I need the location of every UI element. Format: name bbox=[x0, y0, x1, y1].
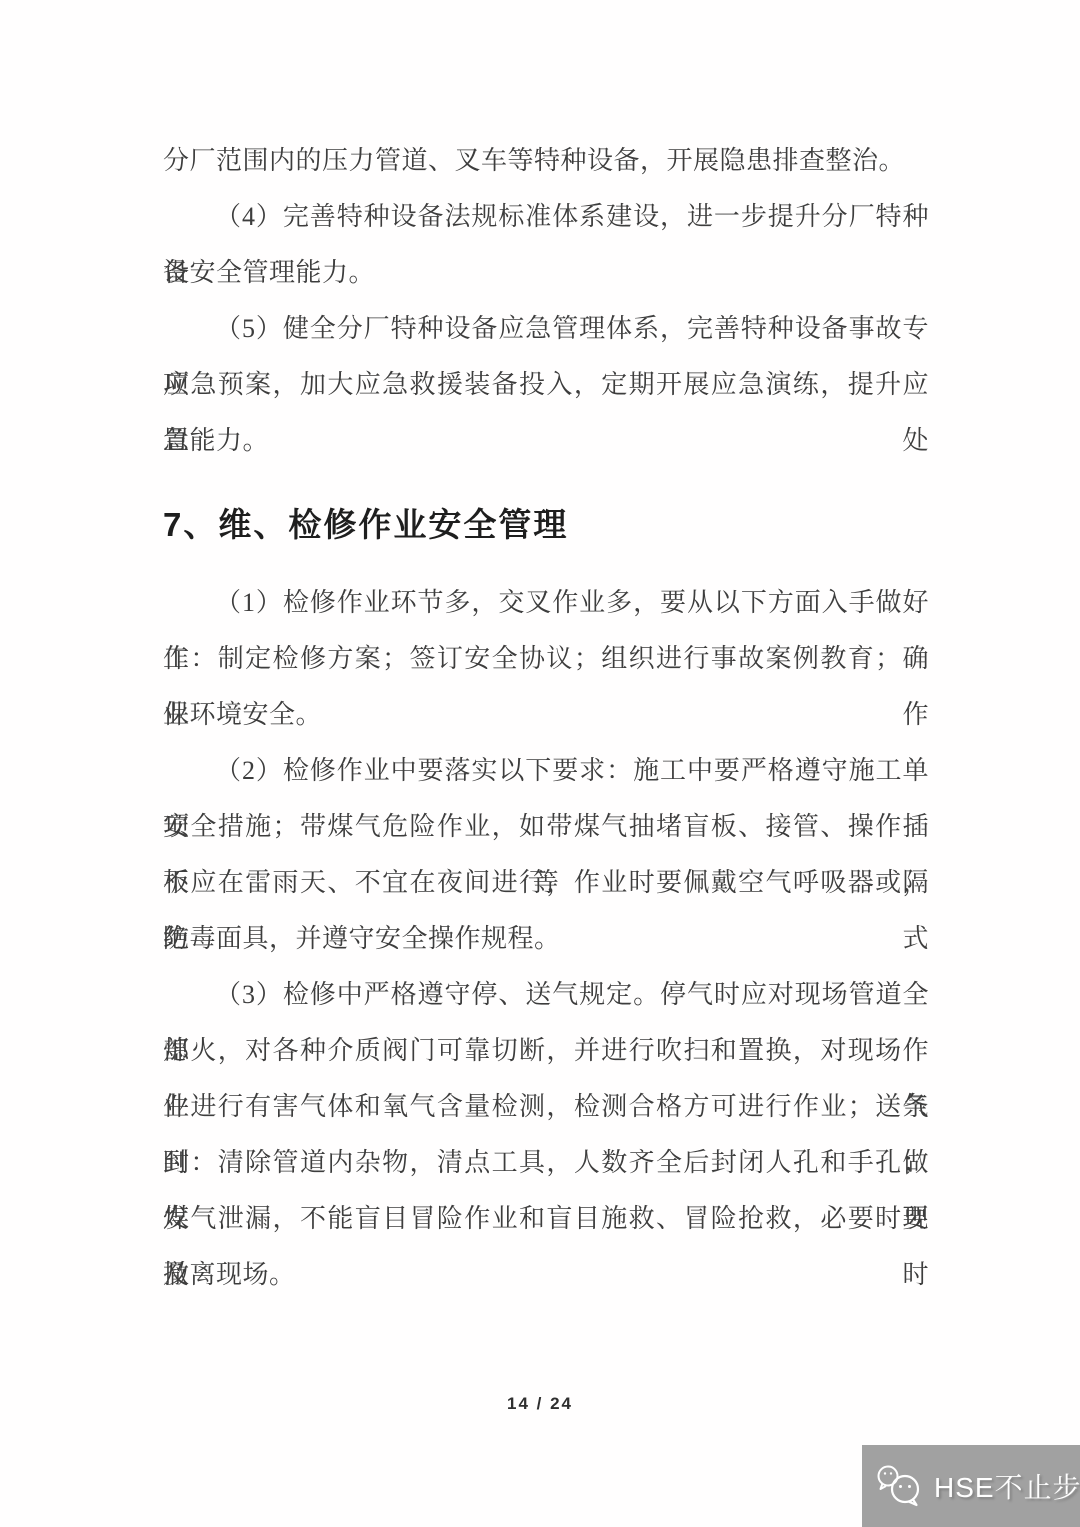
doc-line: （1）检修作业环节多，交叉作业多，要从以下方面入手做好工 bbox=[163, 575, 929, 631]
doc-line: 安全措施；带煤气危险作业，如带煤气抽堵盲板、接管、操作插板等， bbox=[163, 799, 929, 855]
doc-line: 分厂范围内的压力管道、叉车等特种设备，开展隐患排查整治。 bbox=[163, 133, 929, 189]
doc-line: 不应在雷雨天、不宜在夜间进行，作业时要佩戴空气呼吸器或隔绝式 bbox=[163, 855, 929, 911]
doc-line: （2）检修作业中要落实以下要求：施工中要严格遵守施工单项 bbox=[163, 743, 929, 799]
section-heading: 7、维、检修作业安全管理 bbox=[163, 497, 929, 553]
doc-line: （5）健全分厂特种设备应急管理体系，完善特种设备事故专项 bbox=[163, 301, 929, 357]
page-number-indicator: 14 / 24 bbox=[0, 1394, 1080, 1414]
doc-line: （3）检修中严格遵守停、送气规定。停气时应对现场管道全部 bbox=[163, 967, 929, 1023]
doc-line: 作：制定检修方案；签订安全协议；组织进行事故案例教育；确保作 bbox=[163, 631, 929, 687]
watermark-label: HSE不止步 bbox=[934, 1466, 1080, 1506]
document-body: 分厂范围内的压力管道、叉车等特种设备，开展隐患排查整治。 （4）完善特种设备法规… bbox=[163, 133, 929, 1303]
doc-line: 到：清除管道内杂物，清点工具，人数齐全后封闭人孔和手孔；发现 bbox=[163, 1135, 929, 1191]
watermark-badge: HSE不止步 bbox=[862, 1445, 1080, 1527]
doc-line: 熄火，对各种介质阀门可靠切断，并进行吹扫和置换，对现场作业条 bbox=[163, 1023, 929, 1079]
doc-line: 备安全管理能力。 bbox=[163, 245, 929, 301]
doc-line: 应急预案，加大应急救援装备投入，定期开展应急演练，提升应急处 bbox=[163, 357, 929, 413]
doc-line: 件进行有害气体和氧气含量检测，检测合格方可进行作业；送气时做 bbox=[163, 1079, 929, 1135]
wechat-icon bbox=[874, 1463, 926, 1509]
doc-line: （4）完善特种设备法规标准体系建设，进一步提升分厂特种设 bbox=[163, 189, 929, 245]
document-page: 分厂范围内的压力管道、叉车等特种设备，开展隐患排查整治。 （4）完善特种设备法规… bbox=[0, 0, 1080, 1527]
doc-line: 煤气泄漏，不能盲目冒险作业和盲目施救、冒险抢救，必要时要及时 bbox=[163, 1191, 929, 1247]
